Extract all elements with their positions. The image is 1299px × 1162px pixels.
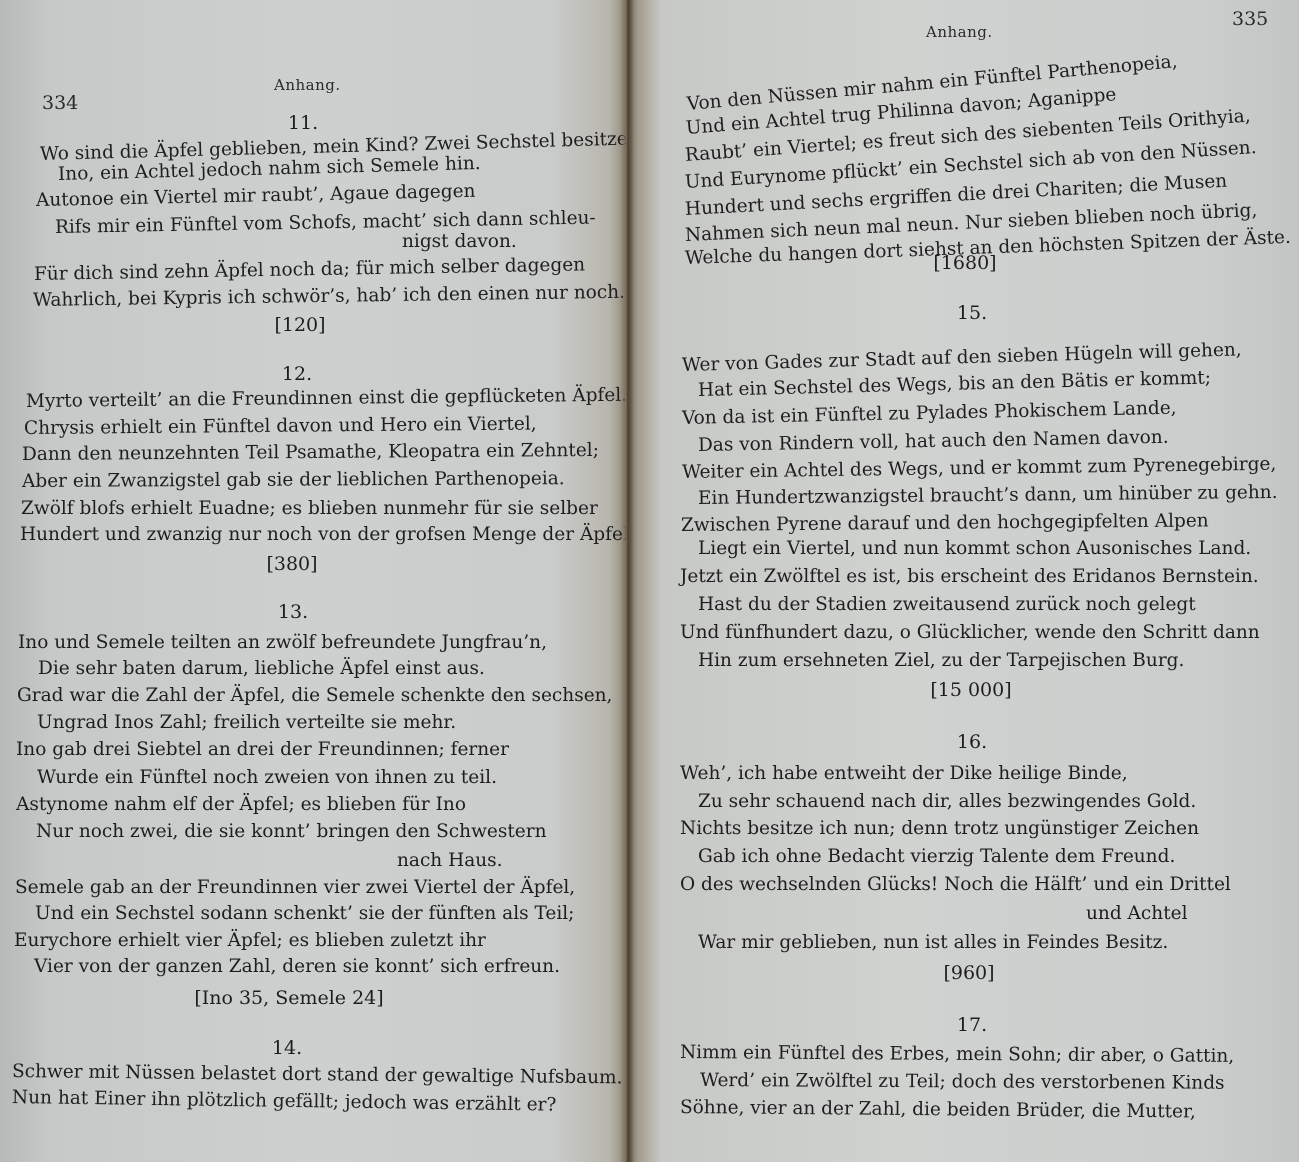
verse-line: Nun hat Einer ihn plötzlich gefällt; jed… [12, 1089, 557, 1115]
verse-line: Nur noch zwei, die sie konnt’ bringen de… [36, 823, 547, 842]
problem-number: 13. [253, 601, 333, 623]
verse-line: Schwer mit Nüssen belastet dort stand de… [12, 1063, 623, 1088]
verse-line: Eurychore erhielt vier Äpfel; es blieben… [14, 932, 486, 951]
verse-line: Vier von der ganzen Zahl, deren sie konn… [34, 958, 560, 977]
answer: [15 000] [871, 679, 1071, 701]
verse-line: Wurde ein Fünftel noch zweien von ihnen … [37, 769, 497, 788]
verse-line: Für dich sind zehn Äpfel noch da; für mi… [34, 256, 585, 284]
answer: [960] [869, 962, 1069, 984]
verse-line-continuation: nach Haus. [397, 852, 503, 871]
problem-number: 17. [932, 1014, 1012, 1036]
running-head: Anhang. [926, 23, 993, 41]
problem-number: 15. [932, 302, 1012, 324]
verse-line: Semele gab an der Freundinnen vier zwei … [15, 879, 575, 898]
verse-line: Wahrlich, bei Kypris ich schwör’s, hab’ … [33, 284, 625, 311]
verse-line: Das von Rindern voll, hat auch den Namen… [698, 429, 1169, 456]
problem-number: 14. [247, 1037, 327, 1059]
verse-line: Ino und Semele teilten an zwölf befreund… [18, 634, 547, 653]
verse-line: Chrysis erhielt ein Fünftel davon und He… [24, 416, 537, 439]
verse-line: Myrto verteilt’ an die Freundinnen einst… [26, 387, 627, 412]
verse-line: Ino gab drei Siebtel an drei der Freundi… [16, 741, 509, 760]
problem-number: 12. [257, 363, 337, 385]
verse-line: Werd’ ein Zwölftel zu Teil; doch des ver… [700, 1072, 1225, 1093]
verse-line: Grad war die Zahl der Äpfel, die Semele … [17, 687, 612, 706]
verse-line-continuation: und Achtel [1086, 905, 1188, 924]
verse-line: Hat ein Sechstel des Wegs, bis an den Bä… [698, 369, 1211, 400]
verse-line: Von da ist ein Fünftel zu Pylades Phokis… [682, 400, 1177, 429]
left-page: Anhang. 334 11. Wo sind die Äpfel geblie… [0, 0, 628, 1162]
verse-line: Hundert und zwanzig nur noch von der gro… [20, 526, 628, 545]
verse-line: Hast du der Stadien zweitausend zurück n… [698, 596, 1196, 615]
answer: [Ino 35, Semele 24] [189, 987, 389, 1009]
verse-line: Ein Hundertzwanzigstel braucht’s dann, u… [698, 484, 1278, 509]
verse-line: Weiter ein Achtel des Wegs, und er kommt… [682, 456, 1277, 483]
answer: [120] [200, 314, 400, 336]
problem-number: 16. [932, 731, 1012, 753]
verse-line: Die sehr baten darum, liebliche Äpfel ei… [38, 660, 485, 679]
verse-line: Zu sehr schauend nach dir, alles bezwing… [698, 793, 1196, 812]
verse-line: Hin zum ersehneten Ziel, zu der Tarpejis… [698, 652, 1184, 671]
answer: [1680] [865, 252, 1065, 274]
verse-line: Aber ein Zwanzigstel gab sie der lieblic… [22, 470, 565, 491]
verse-line: Zwölf blofs erhielt Euadne; es blieben n… [21, 500, 598, 519]
page-number: 335 [1232, 8, 1268, 30]
page-number: 334 [42, 92, 78, 114]
verse-line: Nichts besitze ich nun; denn trotz ungün… [680, 820, 1199, 839]
problem-number: 11. [263, 112, 343, 134]
verse-line: Nimm ein Fünftel des Erbes, mein Sohn; d… [680, 1044, 1234, 1066]
verse-line: Autonoe ein Viertel mir raubt’, Agaue da… [36, 183, 476, 211]
answer: [380] [192, 553, 392, 575]
verse-line: War mir geblieben, nun ist alles in Fein… [698, 934, 1168, 953]
verse-line: Weh’, ich habe entweiht der Dike heilige… [680, 765, 1128, 784]
verse-line: Zwischen Pyrene darauf und den hochgegip… [681, 512, 1209, 535]
verse-line: Astynome nahm elf der Äpfel; es blieben … [16, 796, 466, 815]
verse-line: Jetzt ein Zwölftel es ist, bis erscheint… [680, 568, 1259, 587]
running-head: Anhang. [274, 76, 341, 94]
verse-line: Dann den neunzehnten Teil Psamathe, Kleo… [22, 442, 599, 465]
right-page: Anhang. 335 Von den Nüssen mir nahm ein … [628, 0, 1299, 1162]
verse-line: Und ein Sechstel sodann schenkt’ sie der… [35, 905, 574, 924]
verse-line: Ungrad Inos Zahl; freilich verteilte sie… [37, 714, 456, 733]
verse-line: Gab ich ohne Bedacht vierzig Talente dem… [698, 848, 1175, 867]
verse-line: Söhne, vier an der Zahl, die beiden Brüd… [680, 1099, 1196, 1122]
verse-line: Liegt ein Viertel, und nun kommt schon A… [698, 540, 1251, 559]
book-gutter [620, 0, 634, 1162]
verse-line-continuation: nigst davon. [402, 233, 517, 252]
verse-line: O des wechselnden Glücks! Noch die Hälft… [680, 876, 1231, 895]
verse-line: Und fünfhundert dazu, o Glücklicher, wen… [680, 624, 1260, 643]
